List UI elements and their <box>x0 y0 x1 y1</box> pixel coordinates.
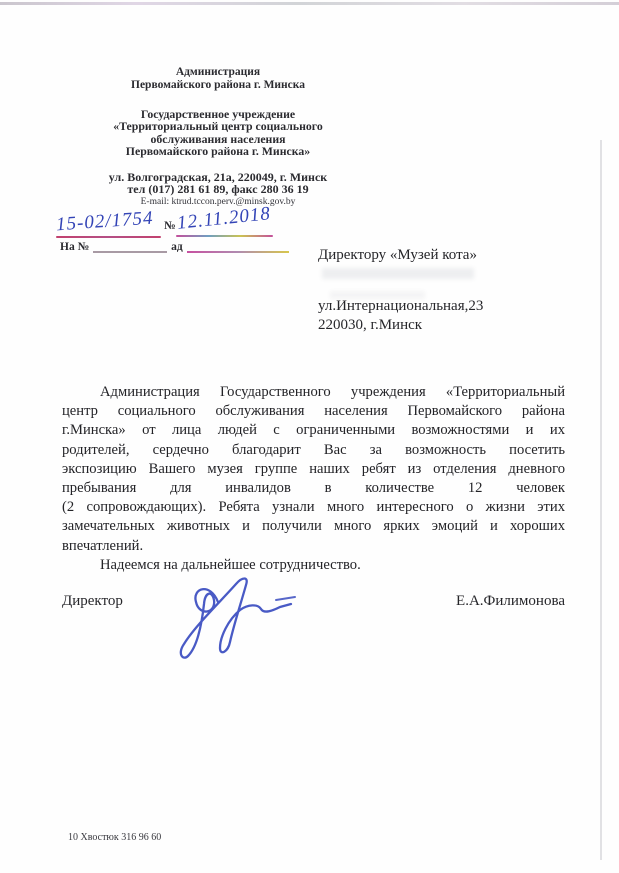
body-line: г.Минска» от лица людей с ограниченными … <box>62 421 565 440</box>
reference-number-row: 15-02/1754 № 12.11.2018 <box>56 208 316 242</box>
body-line: (2 сопровождающих). Ребята узнали много … <box>62 498 565 517</box>
recipient-street: ул.Интернациональная,23 <box>318 297 483 316</box>
recipient-address: ул.Интернациональная,23 220030, г.Минск <box>318 297 483 334</box>
letterhead-admin-block: Администрация Первомайского района г. Ми… <box>50 66 386 92</box>
body-line: Администрация Государственного учреждени… <box>62 383 565 402</box>
handwritten-outgoing-number: 15-02/1754 <box>55 208 154 237</box>
letterhead-org-line2: «Территориальный центр социального <box>50 120 386 132</box>
executor-footer-note: 10 Хвостюк 316 96 60 <box>68 832 161 843</box>
handwritten-signature <box>168 564 308 664</box>
scan-artifact-top-edge <box>0 2 619 5</box>
body-line: экспозицию Вашего музея группе наших реб… <box>62 460 565 479</box>
body-line: впечатлений. <box>62 537 565 556</box>
body-line: пребывания для инвалидов в количестве 12… <box>62 479 565 498</box>
handwritten-date: 12.11.2018 <box>176 203 272 235</box>
scan-artifact-right-edge <box>600 140 602 860</box>
body-line: центр социального обслуживания населения… <box>62 402 565 421</box>
recipient-city: 220030, г.Минск <box>318 316 483 335</box>
blank-line-number <box>56 236 161 238</box>
letterhead-contact-block: ул. Волгоградская, 21а, 220049, г. Минск… <box>50 171 386 208</box>
reply-reference-row: На №ад <box>60 241 293 253</box>
letter-body: Администрация Государственного учреждени… <box>62 383 565 575</box>
body-line: родителей, сердечно благодарит Вас за во… <box>62 441 565 460</box>
erased-text-smudge <box>322 268 474 279</box>
letterhead-phone-fax: тел (017) 281 61 89, факс 280 36 19 <box>50 183 386 195</box>
letterhead-admin-line2: Первомайского района г. Минска <box>50 79 386 92</box>
letterhead: Администрация Первомайского района г. Ми… <box>50 66 386 208</box>
letterhead-email: E-mail: ktrud.tccon.perv.@minsk.gov.by <box>50 196 386 208</box>
body-line: замечательных животных и получили много … <box>62 517 565 536</box>
blank-line-reply-number <box>93 241 167 253</box>
signer-position: Директор <box>62 593 123 610</box>
signer-name: Е.А.Филимонова <box>456 593 565 610</box>
letterhead-admin-line1: Администрация <box>50 66 386 79</box>
reply-number-label: На № <box>60 241 89 253</box>
letterhead-organization-block: Государственное учреждение «Территориаль… <box>50 108 386 157</box>
letterhead-org-line4: Первомайского района г. Минска» <box>50 145 386 157</box>
blank-line-date <box>176 235 273 237</box>
number-sign-label: № <box>164 220 176 232</box>
blank-line-reply-date <box>187 241 289 253</box>
recipient-title: Директору «Музей кота» <box>318 247 477 264</box>
scanned-letter-page: Администрация Первомайского района г. Ми… <box>0 0 619 873</box>
body-closing-line: Надеемся на дальнейшее сотрудничество. <box>62 556 565 575</box>
reply-from-label: ад <box>171 241 183 253</box>
